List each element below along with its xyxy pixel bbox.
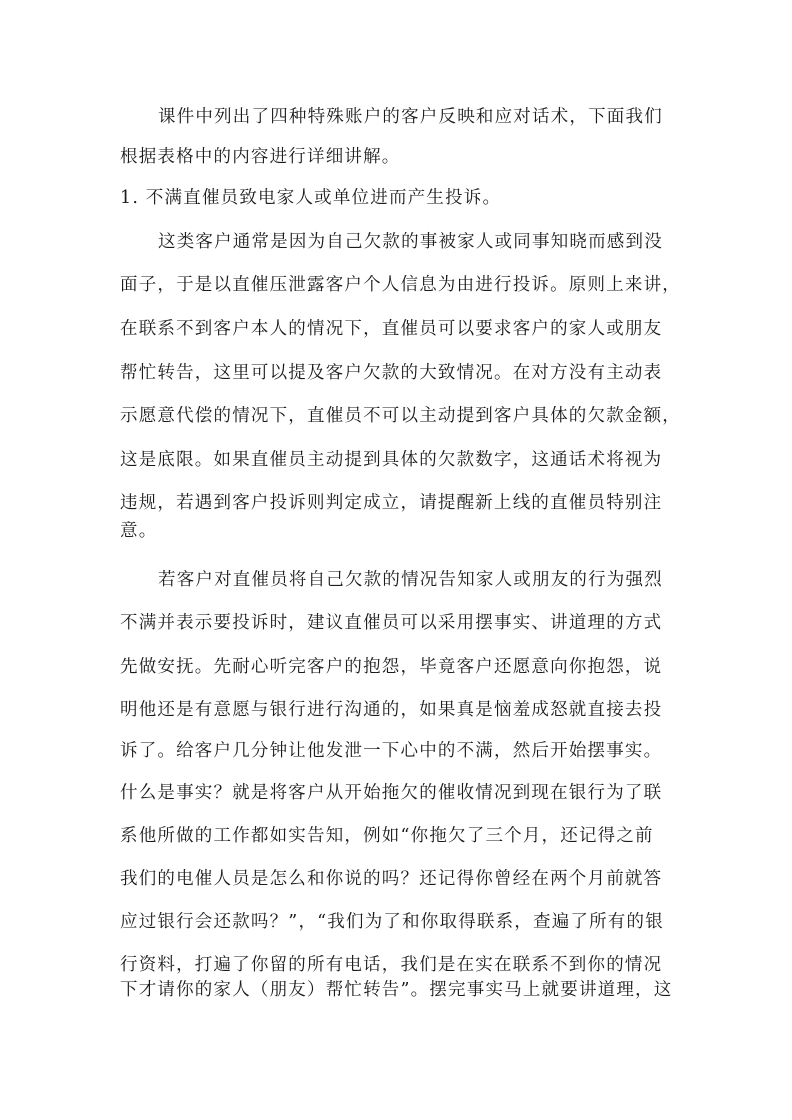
paragraph-1-line-5: 示愿意代偿的情况下，直催员不可以主动提到客户具体的欠款金额， [120,404,680,428]
paragraph-2-line-10: 行资料，打遍了你留的所有电话，我们是在实在联系不到你的情况 [120,953,680,977]
paragraph-2-line-5: 诉了。给客户几分钟让他发泄一下心中的不满，然后开始摆事实。 [120,739,680,763]
paragraph-1-line-3: 在联系不到客户本人的情况下，直催员可以要求客户的家人或朋友 [120,317,680,341]
paragraph-2-line-8: 我们的电催人员是怎么和你说的吗？还记得你曾经在两个月前就答 [120,867,680,891]
paragraph-2-line-2: 不满并表示要投诉时，建议直催员可以采用摆事实、讲道理的方式 [120,611,680,635]
paragraph-2-line-9: 应过银行会还款吗？”，“我们为了和你取得联系，查遍了所有的银 [120,910,680,934]
paragraph-intro-line-1: 课件中列出了四种特殊账户的客户反映和应对话术，下面我们 [158,105,718,129]
document-page: 课件中列出了四种特殊账户的客户反映和应对话术，下面我们 根据表格中的内容进行详细… [0,0,792,1120]
paragraph-1-line-7: 违规，若遇到客户投诉则判定成立，请提醒新上线的直催员特别注 [120,491,680,515]
paragraph-1-line-6: 这是底限。如果直催员主动提到具体的欠款数字，这通话术将视为 [120,448,680,472]
paragraph-intro-line-2: 根据表格中的内容进行详细讲解。 [120,145,680,169]
paragraph-2-line-1: 若客户对直催员将自己欠款的情况告知家人或朋友的行为强烈 [158,568,718,592]
paragraph-2-line-11: 下才请你的家人（朋友）帮忙转告”。摆完事实马上就要讲道理，这 [120,978,680,1002]
paragraph-1-line-2: 面子，于是以直催压泄露客户个人信息为由进行投诉。原则上来讲， [120,273,680,297]
paragraph-1-line-8: 意。 [120,519,680,543]
paragraph-1-line-1: 这类客户通常是因为自己欠款的事被家人或同事知晓而感到没 [158,230,718,254]
section-heading-1: 1. 不满直催员致电家人或单位进而产生投诉。 [120,186,680,210]
paragraph-2-line-6: 什么是事实？就是将客户从开始拖欠的催收情况到现在银行为了联 [120,781,680,805]
paragraph-2-line-3: 先做安抚。先耐心听完客户的抱怨，毕竟客户还愿意向你抱怨，说 [120,655,680,679]
paragraph-2-line-4: 明他还是有意愿与银行进行沟通的，如果真是恼羞成怒就直接去投 [120,698,680,722]
paragraph-2-line-7: 系他所做的工作都如实告知，例如“你拖欠了三个月，还记得之前 [120,824,680,848]
paragraph-1-line-4: 帮忙转告，这里可以提及客户欠款的大致情况。在对方没有主动表 [120,361,680,385]
